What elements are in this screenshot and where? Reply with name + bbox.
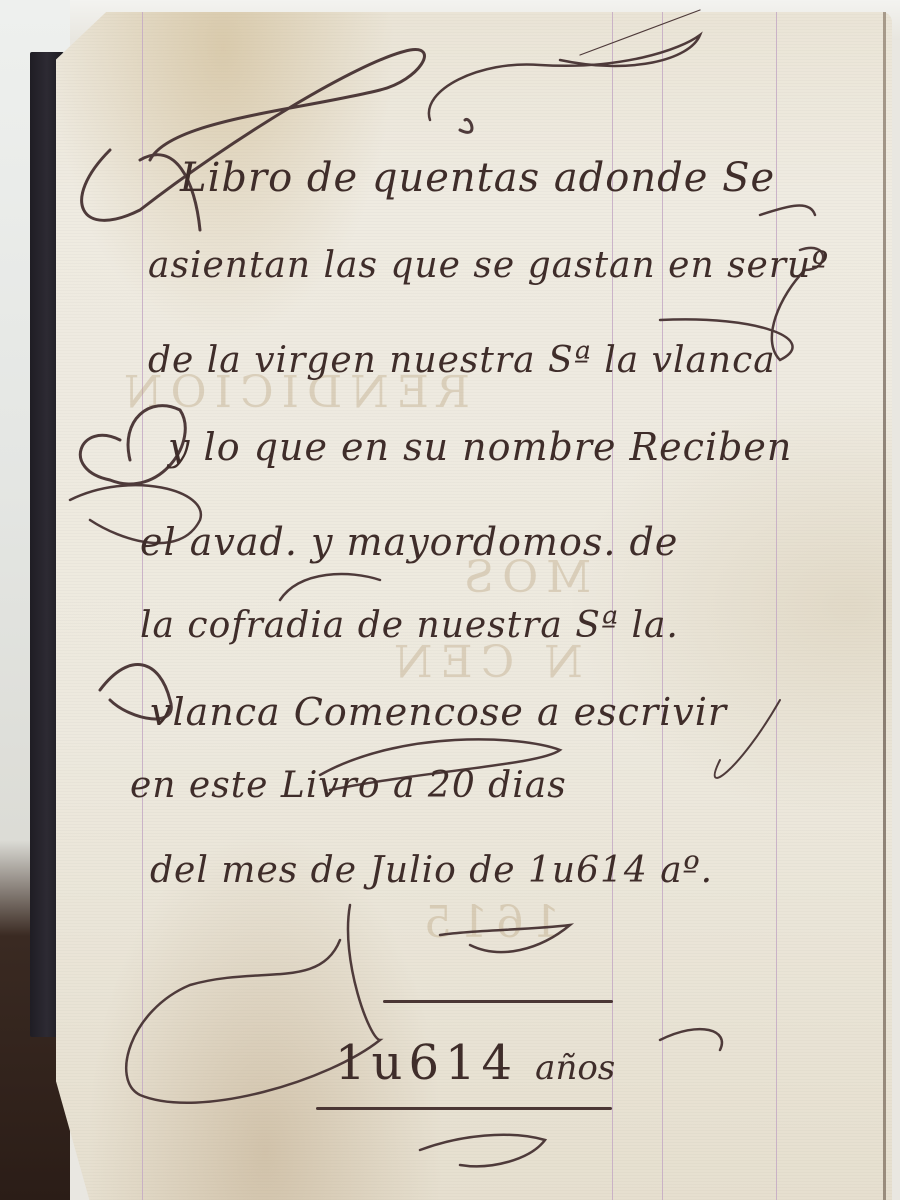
manuscript-line: asientan las que se gastan en seruº <box>148 245 829 286</box>
manuscript-line: y lo que en su nombre Reciben <box>168 425 792 469</box>
year-block: 1u614 años <box>335 1035 615 1091</box>
year-unit: años <box>535 1048 615 1088</box>
manuscript-line: vlanca Comencose a escrivir <box>150 690 727 734</box>
manuscript-line: Libro de quentas adonde Se <box>180 155 775 201</box>
year-underline <box>316 1107 612 1110</box>
manuscript-line: el avad. y mayordomos. de <box>140 520 678 564</box>
manuscript-line: en este Livro a 20 dias <box>130 765 567 806</box>
year-overline <box>383 1000 613 1003</box>
manuscript-line: del mes de Julio de 1u614 aº. <box>150 850 713 891</box>
year-number: 1u614 <box>335 1035 518 1091</box>
manuscript-line: la cofradia de nuestra Sª la. <box>140 605 679 646</box>
manuscript-line: de la virgen nuestra Sª la vlanca <box>148 340 776 381</box>
